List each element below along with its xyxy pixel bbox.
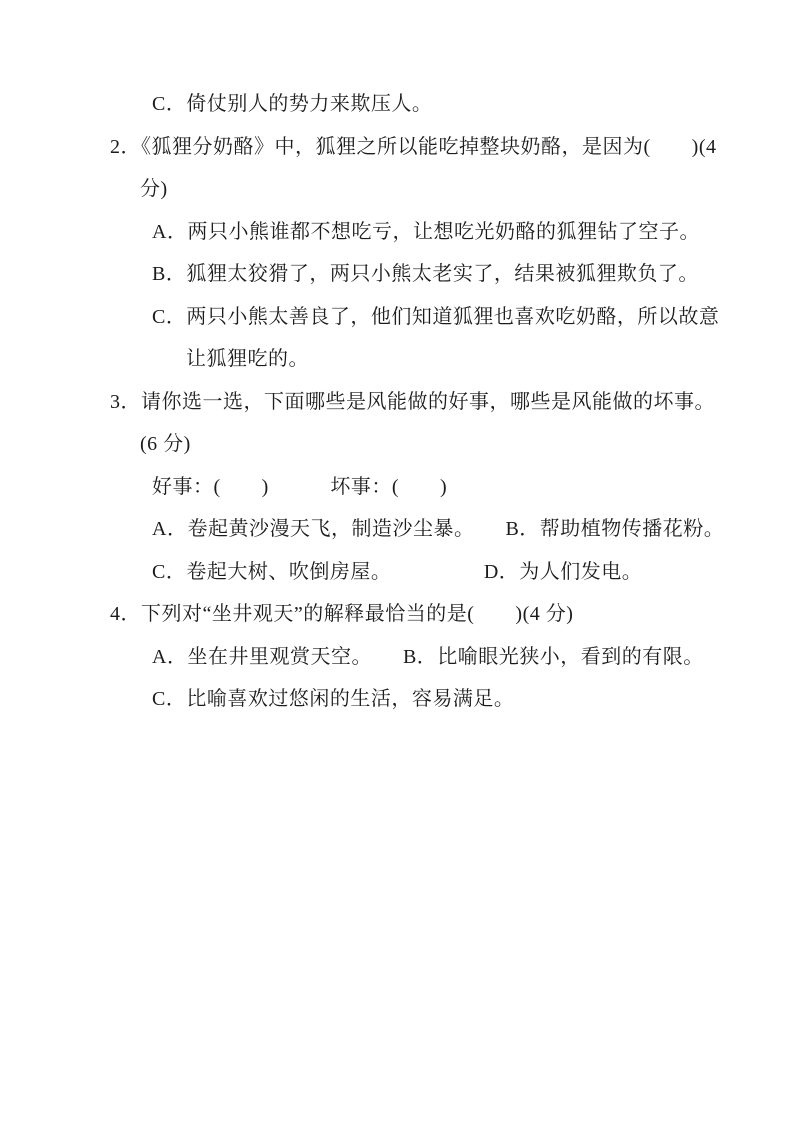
- exam-document-page: C．倚仗别人的势力来欺压人。2．《狐狸分奶酪》中，狐狸之所以能吃掉整块奶酪，是因…: [0, 0, 793, 1122]
- option-line: A．坐在井里观赏天空。 B．比喻眼光狭小，看到的有限。: [0, 636, 765, 679]
- question-cont-line: 分): [0, 168, 765, 211]
- question-line: 2．《狐狸分奶酪》中，狐狸之所以能吃掉整块奶酪，是因为( )(4: [0, 126, 765, 169]
- option-cont-line: 让狐狸吃的。: [0, 338, 765, 381]
- question-line: 4．下列对“坐井观天”的解释最恰当的是( )(4 分): [0, 593, 765, 636]
- option-line: C．比喻喜欢过悠闲的生活，容易满足。: [0, 678, 765, 721]
- option-line: A．两只小熊谁都不想吃亏，让想吃光奶酪的狐狸钻了空子。: [0, 211, 765, 254]
- option-line: A．卷起黄沙漫天飞，制造沙尘暴。 B．帮助植物传播花粉。: [0, 508, 765, 551]
- question-cont-line: (6 分): [0, 423, 765, 466]
- question-line: 3．请你选一选，下面哪些是风能做的好事，哪些是风能做的坏事。: [0, 381, 765, 424]
- option-line: C．倚仗别人的势力来欺压人。: [0, 83, 765, 126]
- option-line: B．狐狸太狡猾了，两只小熊太老实了，结果被狐狸欺负了。: [0, 253, 765, 296]
- option-line: C．两只小熊太善良了，他们知道狐狸也喜欢吃奶酪，所以故意: [0, 296, 765, 339]
- question-list: C．倚仗别人的势力来欺压人。2．《狐狸分奶酪》中，狐狸之所以能吃掉整块奶酪，是因…: [0, 83, 765, 721]
- option-line: 好事：( ) 坏事：( ): [0, 466, 765, 509]
- option-line: C．卷起大树、吹倒房屋。 D．为人们发电。: [0, 551, 765, 594]
